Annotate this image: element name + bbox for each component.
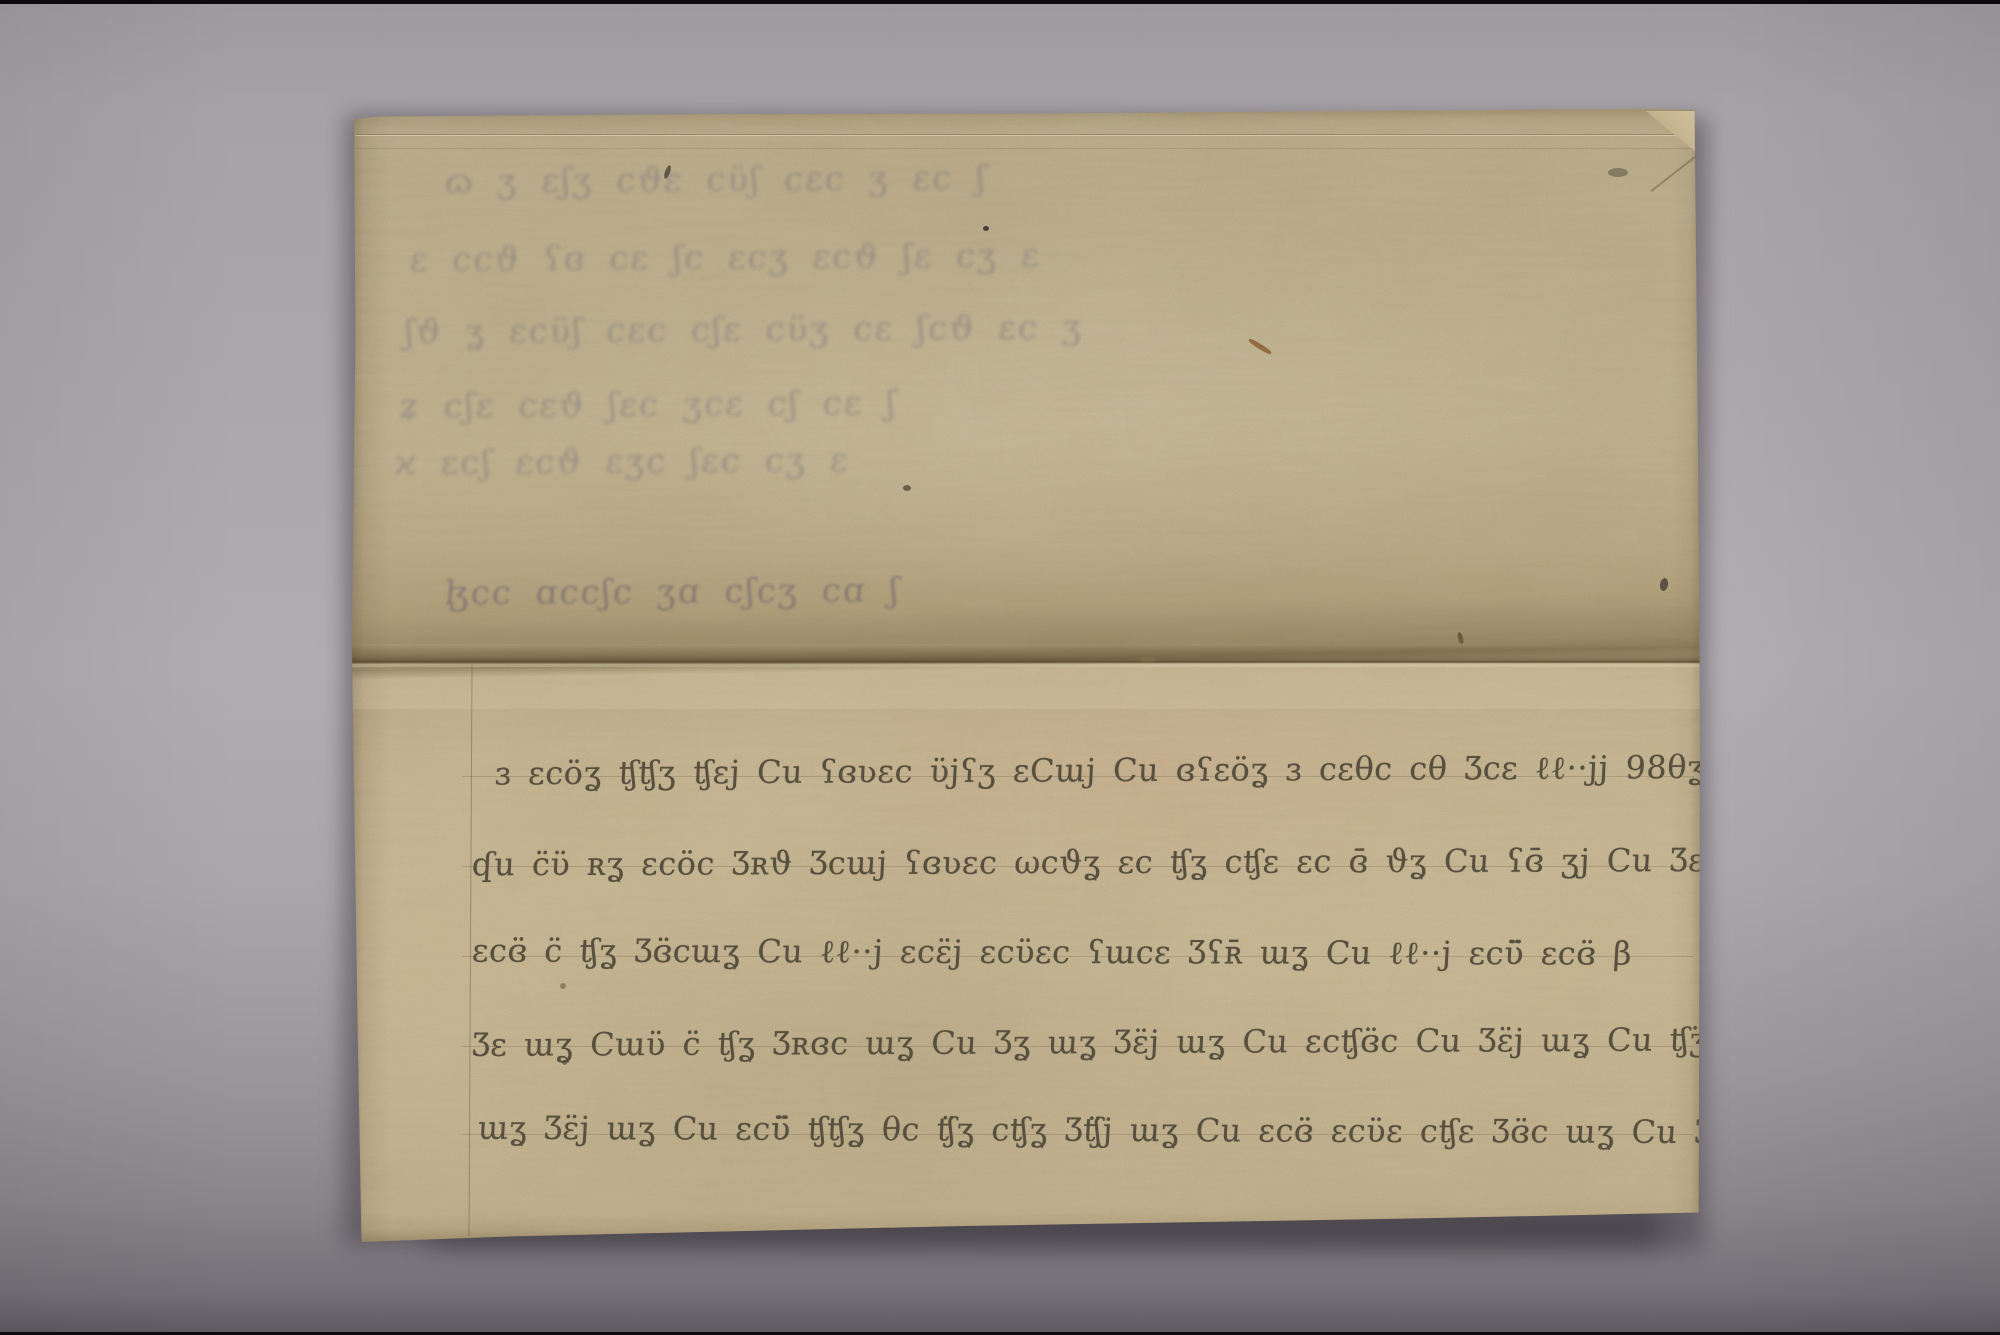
paper-speck bbox=[560, 983, 566, 989]
paper-smudge bbox=[1140, 656, 1156, 663]
paper-speck bbox=[983, 226, 989, 231]
fold-shading bbox=[350, 548, 1700, 644]
ghost-text-line: ɛ ccϑ ʕɞ cɛ ʃc ɛcʒ ɛcϑ ʃɛ cʒ ɛ bbox=[408, 230, 1042, 286]
paper-speck bbox=[903, 485, 911, 491]
fold-crease bbox=[350, 644, 1700, 662]
fold-glow bbox=[350, 667, 1700, 709]
ghost-text-line: ϰ ɛcʃ ɛcϑ ɛʒc ʃɛc cʒ ɛ bbox=[393, 434, 851, 489]
sheet-edge-highlight bbox=[356, 135, 1692, 136]
dog-ear-crease bbox=[1651, 152, 1701, 192]
photo-frame: ɷ ʒ ɛʃʒ cϑɛ cϋʃ cɛc ʒ ɛc ʃ ɛ ccϑ ʕɞ cɛ ʃ… bbox=[0, 0, 2000, 1335]
paper-smudge bbox=[1608, 168, 1628, 177]
ghost-text-line: ʃϑ ʓ ɛcϋʃ cɛc cʃɛ cϋʒ cɛ ʃcϑ ɛc ʒ bbox=[403, 302, 1085, 359]
fold-crease-line bbox=[350, 661, 1700, 663]
paper-speck bbox=[562, 1060, 567, 1065]
manuscript-paper: ɷ ʒ ɛʃʒ cϑɛ cϋʃ cɛc ʒ ɛc ʃ ɛ ccϑ ʕɞ cɛ ʃ… bbox=[350, 108, 1700, 1242]
ghost-text-line: ʑ cʃɛ cɛϑ ʃɛc ʒcɛ cʃ cɛ ʃ bbox=[398, 377, 899, 432]
ghost-text-line: ɷ ʒ ɛʃʒ cϑɛ cϋʃ cɛc ʒ ɛc ʃ bbox=[443, 152, 989, 208]
handwritten-line: ʠu c̈ϋ ʀʓ ɛcöc Ʒʀϑ Ʒcɯj ʕɞʋɛc ωcϑʓ ɛc ʧʓ… bbox=[471, 834, 1819, 891]
handwritten-line: ɛcɞ̈ c̈ ʧʓ Ʒɞ̈cɯʓ Cu ℓℓ··j ɛcɛ̈j ɛcϋɛc ʕ… bbox=[471, 924, 1634, 979]
paper-fiber-speck bbox=[1248, 337, 1273, 355]
handwritten-line: ɜ ɛcöʓ ʧʧʒ ʧɛj Cu ʕɞʋɛc ϋjʕʒ ɛCɯj Cu ɞʕɛ… bbox=[494, 741, 1800, 800]
handwritten-line: Ʒɛ ɯʓ Cɯϋ c̈ ʧʓ Ʒʀɞc ɯʓ Cu Ʒʓ ɯʓ Ʒɛ̈j ɯʓ… bbox=[471, 1013, 1781, 1071]
handwritten-line: ɯʓ Ʒɛ̈j ɯʓ Cu ɛcϋ̈ ʧʧʓ θc ʧ̈ʓ cʧʓ Ʒʧ̈j ɯ… bbox=[477, 1102, 1766, 1158]
sheet-edge-line bbox=[356, 148, 1692, 149]
